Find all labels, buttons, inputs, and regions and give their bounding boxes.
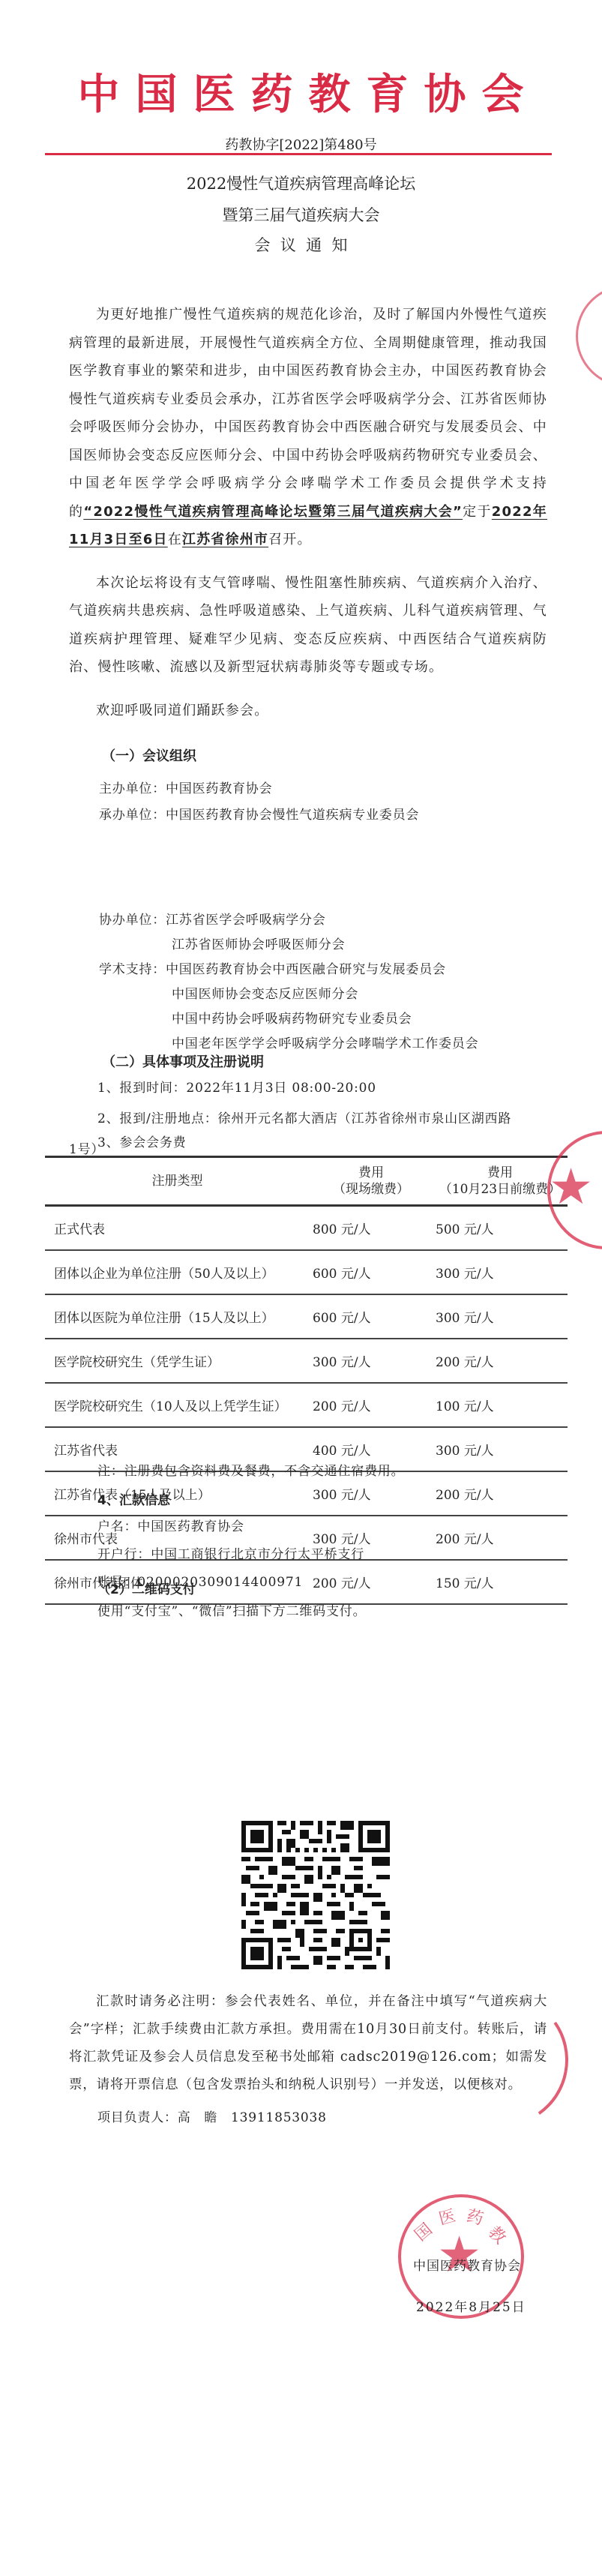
col-onsite-fee-sublabel: （现场缴费） bbox=[310, 1181, 433, 1198]
table-row: 医学院校研究生（凭学生证）300 元/人200 元/人 bbox=[45, 1339, 568, 1383]
co-organizer-value: 江苏省医学会呼吸病学分会 bbox=[166, 913, 326, 928]
payment-qr-code-icon[interactable] bbox=[241, 1821, 391, 1969]
fee-note: 注：注册费包含资料费及餐费，不含交通住宿费用。 bbox=[97, 1462, 404, 1480]
intro-text: 召开。 bbox=[268, 532, 312, 547]
notice-title-line1: 2022慢性气道疾病管理高峰论坛 bbox=[0, 173, 602, 194]
early-fee: 150 元/人 bbox=[433, 1560, 568, 1604]
signature-org: 中国医药教育协会 bbox=[413, 2255, 521, 2274]
organization-heading: （一）会议组织 bbox=[102, 747, 196, 766]
event-name: “2022慢性气道疾病管理高峰论坛暨第三届气道疾病大会” bbox=[83, 504, 463, 520]
notice-title-line2: 暨第三届气道疾病大会 bbox=[0, 205, 602, 226]
co-organizer-label: 协办单位： bbox=[99, 913, 166, 928]
checkin-location: 2、报到/注册地点：徐州开元名都大酒店（江苏省徐州市泉山区湖西路 bbox=[97, 1110, 511, 1128]
registration-type: 团体以医院为单位注册（15人及以上） bbox=[45, 1294, 310, 1339]
academic-support-value: 中国医师协会变态反应医师分会 bbox=[172, 985, 358, 1003]
early-fee: 300 元/人 bbox=[433, 1427, 568, 1471]
col-early-fee-label: 费用 bbox=[433, 1165, 568, 1181]
col-onsite-fee: 费用（现场缴费） bbox=[310, 1157, 433, 1206]
host-value: 中国医药教育协会 bbox=[166, 781, 272, 796]
academic-support-label: 学术支持： bbox=[99, 962, 166, 977]
col-onsite-fee-label: 费用 bbox=[310, 1165, 433, 1181]
intro-text: 为更好地推广慢性气道疾病的规范化诊治，及时了解国内外慢性气道疾病管理的最新进展，… bbox=[69, 307, 547, 520]
intro-text: 在 bbox=[168, 532, 182, 547]
official-seal-edge bbox=[576, 285, 602, 387]
onsite-fee: 200 元/人 bbox=[310, 1383, 433, 1427]
project-contact: 项目负责人：高 瞻 13911853038 bbox=[97, 2109, 327, 2127]
table-row: 正式代表800 元/人500 元/人 bbox=[45, 1206, 568, 1251]
qr-heading: （2）二维码支付 bbox=[97, 1580, 196, 1600]
registration-type: 团体以企业为单位注册（50人及以上） bbox=[45, 1250, 310, 1294]
table-row: 团体以医院为单位注册（15人及以上）600 元/人300 元/人 bbox=[45, 1294, 568, 1339]
organizer-value: 中国医药教育协会慢性气道疾病专业委员会 bbox=[166, 808, 419, 823]
seal-char: 教 bbox=[484, 2221, 511, 2248]
academic-support-row: 学术支持：中国医药教育协会中西医融合研究与发展委员会 bbox=[99, 961, 446, 979]
signature-date: 2022年8月25日 bbox=[416, 2296, 526, 2315]
header-red-divider bbox=[45, 153, 552, 155]
organizer-label: 承办单位： bbox=[99, 808, 166, 823]
fee-table: 注册类型 费用（现场缴费） 费用（10月23日前缴费） 正式代表800 元/人5… bbox=[45, 1156, 568, 1605]
early-fee: 500 元/人 bbox=[433, 1206, 568, 1251]
intro-paragraph-3: 欢迎呼吸同道们踊跃参会。 bbox=[69, 697, 547, 725]
academic-support-value: 中国中药协会呼吸病药物研究专业委员会 bbox=[172, 1010, 412, 1028]
organizer-row: 承办单位：中国医药教育协会慢性气道疾病专业委员会 bbox=[99, 806, 419, 824]
seal-char: 国 bbox=[409, 2218, 437, 2246]
intro-paragraph-2: 本次论坛将设有支气管哮喘、慢性阻塞性肺疾病、气道疾病介入治疗、气道疾病共患疾病、… bbox=[69, 569, 547, 682]
onsite-fee: 600 元/人 bbox=[310, 1294, 433, 1339]
remittance-heading: 4、汇款信息 bbox=[97, 1491, 170, 1510]
early-fee: 300 元/人 bbox=[433, 1294, 568, 1339]
qr-instruction: 使用“支付宝”、“微信”扫描下方二维码支付。 bbox=[97, 1603, 366, 1621]
co-organizer-value: 江苏省医师协会呼吸医师分会 bbox=[172, 936, 345, 954]
org-letterhead-title: 中国医药教育协会 bbox=[0, 69, 602, 121]
seal-star-icon: ★ bbox=[549, 1162, 593, 1212]
onsite-fee: 800 元/人 bbox=[310, 1206, 433, 1251]
event-place: 江苏省徐州市 bbox=[182, 532, 268, 547]
early-fee: 100 元/人 bbox=[433, 1383, 568, 1427]
intro-section: 为更好地推广慢性气道疾病的规范化诊治，及时了解国内外慢性气道疾病管理的最新进展，… bbox=[69, 301, 547, 724]
document-number: 药教协字[2022]第480号 bbox=[0, 137, 602, 154]
table-row: 团体以企业为单位注册（50人及以上）600 元/人300 元/人 bbox=[45, 1250, 568, 1294]
intro-paragraph-1: 为更好地推广慢性气道疾病的规范化诊治，及时了解国内外慢性气道疾病管理的最新进展，… bbox=[69, 301, 547, 554]
onsite-fee: 300 元/人 bbox=[310, 1339, 433, 1383]
fee-heading: 3、参会会务费 bbox=[97, 1134, 186, 1152]
academic-support-value: 中国老年医学学会呼吸病学分会哮喘学术工作委员会 bbox=[172, 1035, 478, 1053]
bank-name: 开户行：中国工商银行北京市分行太平桥支行 bbox=[97, 1546, 364, 1564]
registration-type: 医学院校研究生（10人及以上凭学生证） bbox=[45, 1383, 310, 1427]
table-row: 医学院校研究生（10人及以上凭学生证）200 元/人100 元/人 bbox=[45, 1383, 568, 1427]
account-name: 户名：中国医药教育协会 bbox=[97, 1518, 244, 1536]
host-label: 主办单位： bbox=[99, 781, 166, 796]
fee-table-header: 注册类型 费用（现场缴费） 费用（10月23日前缴费） bbox=[45, 1157, 568, 1206]
co-organizer-row: 协办单位：江苏省医学会呼吸病学分会 bbox=[99, 911, 326, 929]
early-fee: 200 元/人 bbox=[433, 1471, 568, 1516]
intro-text: 定于 bbox=[463, 504, 492, 520]
col-registration-type: 注册类型 bbox=[45, 1157, 310, 1206]
host-row: 主办单位：中国医药教育协会 bbox=[99, 780, 272, 798]
checkin-time: 1、报到时间：2022年11月3日 08:00-20:00 bbox=[97, 1079, 376, 1097]
notice-title-line3: 会 议 通 知 bbox=[0, 235, 602, 256]
onsite-fee: 200 元/人 bbox=[310, 1560, 433, 1604]
onsite-fee: 600 元/人 bbox=[310, 1250, 433, 1294]
early-fee: 300 元/人 bbox=[433, 1250, 568, 1294]
registration-type: 医学院校研究生（凭学生证） bbox=[45, 1339, 310, 1383]
registration-type: 正式代表 bbox=[45, 1206, 310, 1251]
early-fee: 200 元/人 bbox=[433, 1516, 568, 1560]
details-heading: （二）具体事项及注册说明 bbox=[102, 1053, 264, 1072]
academic-support-value: 中国医药教育协会中西医融合研究与发展委员会 bbox=[166, 962, 446, 977]
early-fee: 200 元/人 bbox=[433, 1339, 568, 1383]
